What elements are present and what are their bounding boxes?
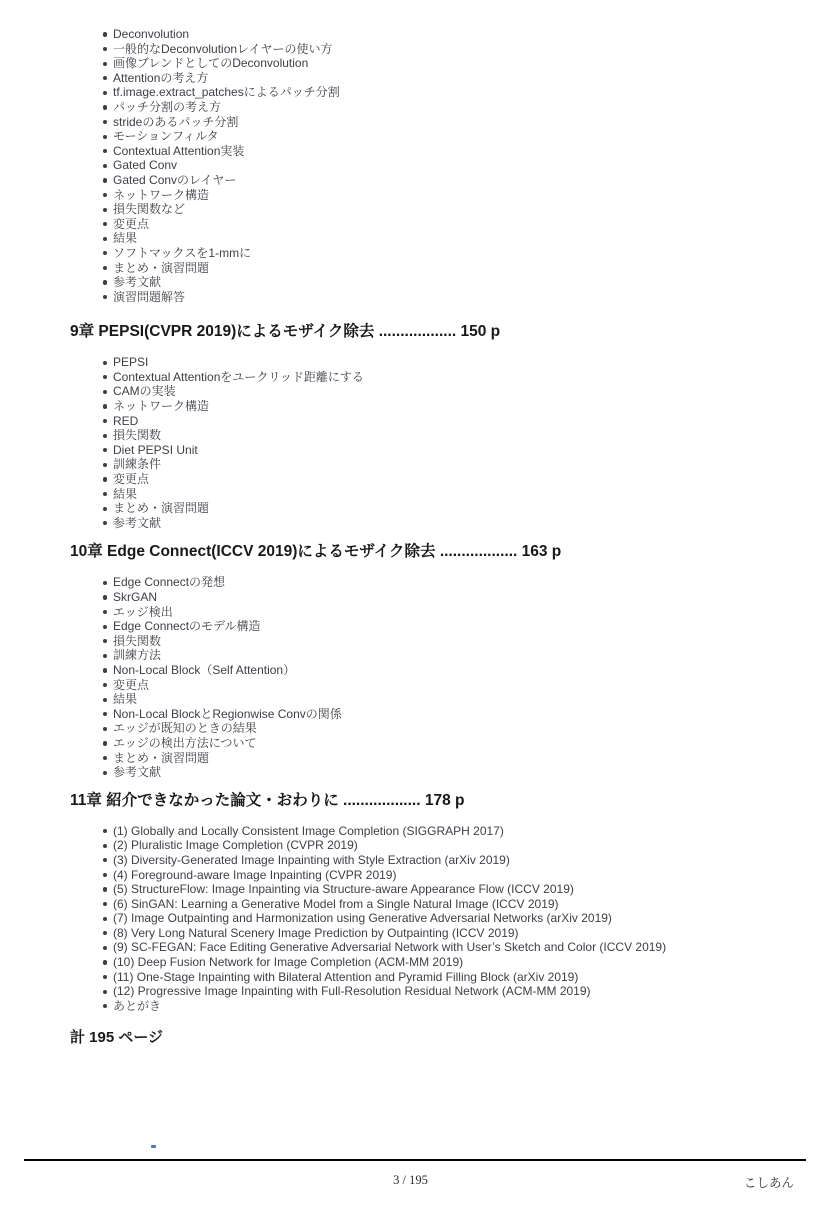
chapter-page-number: 150 p	[461, 323, 501, 340]
page-number-indicator: 3 / 195	[0, 1173, 821, 1188]
toc-page: Deconvolution一般的なDeconvolutionレイヤーの使い方画像…	[0, 0, 821, 1209]
toc-item: (4) Foreground-aware Image Inpainting (C…	[70, 868, 806, 883]
toc-item: CAMの実装	[70, 384, 806, 399]
toc-item: モーションフィルタ	[70, 129, 806, 144]
toc-item: ネットワーク構造	[70, 188, 806, 203]
toc-item: SkrGAN	[70, 590, 806, 605]
toc-item: Contextual Attention実装	[70, 144, 806, 159]
toc-item: Gated Convのレイヤー	[70, 173, 806, 188]
toc-item: 結果	[70, 487, 806, 502]
toc-item: 一般的なDeconvolutionレイヤーの使い方	[70, 42, 806, 57]
toc-item: (1) Globally and Locally Consistent Imag…	[70, 824, 806, 839]
chapter-title: 11章 紹介できなかった論文・おわりに	[70, 792, 339, 809]
toc-item: (5) StructureFlow: Image Inpainting via …	[70, 882, 806, 897]
toc-item: まとめ・演習問題	[70, 501, 806, 516]
toc-item: 参考文献	[70, 765, 806, 780]
chapter-10-heading: 10章 Edge Connect(ICCV 2019)によるモザイク除去 ...…	[70, 543, 806, 561]
toc-item: (7) Image Outpainting and Harmonization …	[70, 911, 806, 926]
toc-item: 画像ブレンドとしてのDeconvolution	[70, 56, 806, 71]
toc-item: ソフトマックスを1-mmに	[70, 246, 806, 261]
toc-item: Gated Conv	[70, 158, 806, 173]
toc-item: まとめ・演習問題	[70, 261, 806, 276]
chapter-8-topic-list: Deconvolution一般的なDeconvolutionレイヤーの使い方画像…	[70, 27, 806, 304]
toc-item: 変更点	[70, 217, 806, 232]
toc-item: ネットワーク構造	[70, 399, 806, 414]
toc-item: 損失関数	[70, 634, 806, 649]
toc-item: PEPSI	[70, 355, 806, 370]
toc-item: 変更点	[70, 472, 806, 487]
toc-item: tf.image.extract_patchesによるパッチ分割	[70, 85, 806, 100]
toc-item: (2) Pluralistic Image Completion (CVPR 2…	[70, 838, 806, 853]
leader-dots: ..................	[343, 792, 421, 809]
toc-item: (8) Very Long Natural Scenery Image Pred…	[70, 926, 806, 941]
chapter-10-topic-list: Edge Connectの発想SkrGANエッジ検出Edge Connectのモ…	[70, 575, 806, 779]
toc-item: 参考文献	[70, 275, 806, 290]
toc-item: (3) Diversity-Generated Image Inpainting…	[70, 853, 806, 868]
total-pages-label: 計 195 ページ	[70, 1029, 806, 1047]
toc-item: パッチ分割の考え方	[70, 100, 806, 115]
toc-item: 変更点	[70, 678, 806, 693]
toc-item: Edge Connectのモデル構造	[70, 619, 806, 634]
leader-dots: ..................	[379, 323, 457, 340]
chapter-11-topic-list: (1) Globally and Locally Consistent Imag…	[70, 824, 806, 1014]
leader-dots: ..................	[440, 543, 518, 560]
stray-mark	[151, 1145, 156, 1148]
toc-item: (11) One-Stage Inpainting with Bilateral…	[70, 970, 806, 985]
toc-item: Attentionの考え方	[70, 71, 806, 86]
toc-item: 訓練条件	[70, 457, 806, 472]
chapter-page-number: 178 p	[425, 792, 465, 809]
toc-item: (9) SC-FEGAN: Face Editing Generative Ad…	[70, 940, 806, 955]
footer-divider	[24, 1159, 806, 1161]
chapter-11-section: 11章 紹介できなかった論文・おわりに .................. 1…	[70, 792, 806, 1014]
author-name: こしあん	[744, 1173, 794, 1191]
chapter-11-heading: 11章 紹介できなかった論文・おわりに .................. 1…	[70, 792, 806, 810]
toc-item: (12) Progressive Image Inpainting with F…	[70, 984, 806, 999]
toc-item: RED	[70, 414, 806, 429]
toc-item: 訓練方法	[70, 648, 806, 663]
toc-item: 結果	[70, 231, 806, 246]
toc-item: 損失関数	[70, 428, 806, 443]
toc-item: Non-Local Block（Self Attention）	[70, 663, 806, 678]
toc-item: Diet PEPSI Unit	[70, 443, 806, 458]
toc-item: 参考文献	[70, 516, 806, 531]
chapter-9-topic-list: PEPSIContextual Attentionをユークリッド距離にするCAM…	[70, 355, 806, 530]
toc-item: (10) Deep Fusion Network for Image Compl…	[70, 955, 806, 970]
toc-item: (6) SinGAN: Learning a Generative Model …	[70, 897, 806, 912]
toc-item: エッジの検出方法について	[70, 736, 806, 751]
toc-content: Deconvolution一般的なDeconvolutionレイヤーの使い方画像…	[0, 0, 821, 1047]
toc-item: あとがき	[70, 999, 806, 1014]
page-footer: 3 / 195 こしあん	[0, 1173, 821, 1193]
toc-item: Non-Local BlockとRegionwise Convの関係	[70, 707, 806, 722]
toc-item: strideのあるパッチ分割	[70, 115, 806, 130]
chapter-title: 10章 Edge Connect(ICCV 2019)によるモザイク除去	[70, 543, 436, 560]
chapter-10-section: 10章 Edge Connect(ICCV 2019)によるモザイク除去 ...…	[70, 543, 806, 779]
toc-item: Edge Connectの発想	[70, 575, 806, 590]
toc-item: 演習問題解答	[70, 290, 806, 305]
toc-item: 結果	[70, 692, 806, 707]
chapter-title: 9章 PEPSI(CVPR 2019)によるモザイク除去	[70, 323, 374, 340]
toc-item: Contextual Attentionをユークリッド距離にする	[70, 370, 806, 385]
chapter-9-heading: 9章 PEPSI(CVPR 2019)によるモザイク除去 ...........…	[70, 323, 806, 341]
toc-item: 損失関数など	[70, 202, 806, 217]
toc-item: エッジが既知のときの結果	[70, 721, 806, 736]
toc-item: Deconvolution	[70, 27, 806, 42]
chapter-page-number: 163 p	[522, 543, 562, 560]
chapter-9-section: 9章 PEPSI(CVPR 2019)によるモザイク除去 ...........…	[70, 323, 806, 530]
toc-item: エッジ検出	[70, 605, 806, 620]
toc-item: まとめ・演習問題	[70, 751, 806, 766]
